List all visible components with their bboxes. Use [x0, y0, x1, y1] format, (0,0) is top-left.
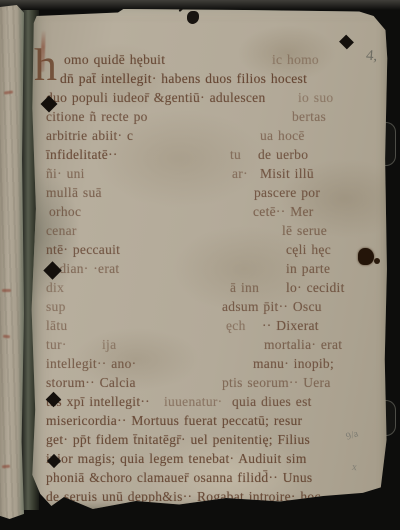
manuscript-text-segment: de uerbo: [258, 145, 308, 164]
manuscript-text-segment: dn̄ pat̄ intellegit· habens duos filios …: [60, 69, 307, 88]
manuscript-text-segment: bertas: [292, 107, 326, 126]
manuscript-line: arbitrie abiit· cua hocē: [46, 126, 380, 145]
manuscript-line: tur·ijamortalia· erat: [46, 335, 380, 354]
manuscript-text-segment: ntē· peccauit: [46, 240, 120, 259]
manuscript-line: storum·· Calciaptis seorum·· Uera: [46, 373, 380, 392]
manuscript-text-segment: adsum p̄it·· Oscu: [222, 297, 322, 316]
manuscript-line: audian· ·eratin parte: [46, 259, 380, 278]
manuscript-text-segment: ptis seorum·· Uera: [222, 373, 331, 392]
manuscript-text-segment: tu: [230, 145, 241, 164]
manuscript-text-segment: Misit illū: [260, 164, 314, 183]
manuscript-text-segment: ua hocē: [260, 126, 305, 145]
manuscript-text-segment: arbitrie abiit· c: [46, 126, 133, 145]
manuscript-text-segment: cetē·· Mer: [253, 202, 314, 221]
manuscript-line: get· pp̄t fidem t̄nitatēgr̄· uel peniten…: [46, 430, 380, 449]
manuscript-text-segment: get· pp̄t fidem t̄nitatēgr̄· uel peniten…: [46, 430, 310, 449]
manuscript-line: de seruis unū depph&is·· Rogabat introir…: [46, 487, 380, 506]
manuscript-text-segment: storum·· Calcia: [46, 373, 136, 392]
manuscript-line: duo populi iudeor̄ &gentiū· adulescenio …: [46, 88, 380, 107]
ink-spot-top: [187, 11, 199, 24]
manuscript-line: mullā suāpascere por: [46, 183, 380, 202]
manuscript-text-segment: orhoc: [49, 202, 81, 221]
manuscript-text-segment: ar·: [232, 164, 248, 183]
facing-page-text-trace: [3, 335, 10, 339]
manuscript-text-segment: ā inn: [230, 278, 259, 297]
manuscript-text-segment: mortalia· erat: [264, 335, 342, 354]
ink-blot-small: [374, 258, 380, 264]
manuscript-line: īnfidelitatē··tude uerbo: [46, 145, 380, 164]
manuscript-text-segment: io suo: [298, 88, 333, 107]
manuscript-text-segment: cęli hęc: [286, 240, 331, 259]
manuscript-text-segment: misericordia·· Mortuus fuerat peccatū; r…: [46, 411, 302, 430]
manuscript-line: omo quidē hębuitic homo: [46, 50, 380, 69]
manuscript-text-segment: mullā suā: [46, 183, 102, 202]
manuscript-text-segment: īnfidelitatē··: [46, 145, 118, 164]
ink-blot: [358, 248, 374, 265]
manuscript-text-segment: ñi· uni: [46, 164, 85, 183]
manuscript-line: dixā innlo· cecidit: [46, 278, 380, 297]
manuscript-text-segment: de seruis unū depph&is·· Rogabat introir…: [46, 487, 321, 506]
manuscript-line: intellegit·· ano·manu· inopib;: [46, 354, 380, 373]
manuscript-line: phoniā &choro clamauer̄ osanna filidd̄··…: [46, 468, 380, 487]
manuscript-text-segment: lo· cecidit: [286, 278, 345, 297]
manuscript-line: ñi· uniar·Misit illū: [46, 164, 380, 183]
manuscript-text-segment: manu· inopib;: [253, 354, 334, 373]
manuscript-line: citione ñ recte pobertas: [46, 107, 380, 126]
manuscript-text-segment: citione ñ recte po: [46, 107, 148, 126]
manuscript-text-segment: iuuenatur·: [164, 392, 222, 411]
manuscript-text-segment: dix: [46, 278, 64, 297]
manuscript-text-segment: quia diues est: [232, 392, 312, 411]
manuscript-line: tas xpī intellegit··iuuenatur·quia diues…: [46, 392, 380, 411]
manuscript-text-segment: ·· Dixerat: [262, 316, 319, 335]
manuscript-text-segment: intellegit·· ano·: [46, 354, 136, 373]
manuscript-text-segment: lē serue: [282, 221, 327, 240]
manuscript-line: misericordia·· Mortuus fuerat peccatū; r…: [46, 411, 380, 430]
manuscript-text-segment: phoniā &choro clamauer̄ osanna filidd̄··…: [46, 468, 312, 487]
manuscript-text-segment: sup: [46, 297, 66, 316]
facing-page-text-trace: [2, 289, 11, 292]
wormhole: [339, 35, 354, 50]
manuscript-photo: { "photo": { "background_color": "#0d0d0…: [0, 0, 400, 530]
photo-background-top: [0, 0, 400, 10]
manuscript-text-segment: ic homo: [272, 50, 319, 69]
manuscript-text-segment: omo quidē hębuit: [64, 50, 165, 69]
manuscript-text-segment: ija: [102, 335, 116, 354]
manuscript-text-segment: tur·: [46, 335, 67, 354]
manuscript-text-segment: tas xpī intellegit··: [46, 392, 150, 411]
manuscript-text-segment: pascere por: [254, 183, 320, 202]
manuscript-line: ntē· peccauitcęli hęc: [46, 240, 380, 259]
manuscript-line: cenarlē serue: [46, 221, 380, 240]
parchment-page: 4, h omo quidē hębuitic homodn̄ pat̄ int…: [28, 8, 388, 510]
manuscript-text-segment: in parte: [286, 259, 330, 278]
manuscript-line: inior magis; quia legem tenebat· Audiuit…: [46, 449, 380, 468]
manuscript-text-segment: ęch: [226, 316, 246, 335]
facing-page-text-trace: [2, 465, 10, 469]
facing-page-text-trace: [4, 90, 13, 94]
manuscript-text-segment: cenar: [46, 221, 77, 240]
manuscript-line: lātuęch·· Dixerat: [46, 316, 380, 335]
manuscript-text-segment: duo populi iudeor̄ &gentiū· adulescen: [46, 88, 266, 107]
manuscript-line: supadsum p̄it·· Oscu: [46, 297, 380, 316]
text-block: omo quidē hębuitic homodn̄ pat̄ intelleg…: [46, 50, 380, 506]
manuscript-line: orhoccetē·· Mer: [46, 202, 380, 221]
manuscript-text-segment: lātu: [46, 316, 67, 335]
manuscript-line: dn̄ pat̄ intellegit· habens duos filios …: [46, 69, 380, 88]
manuscript-text-segment: inior magis; quia legem tenebat· Audiuit…: [46, 449, 307, 468]
